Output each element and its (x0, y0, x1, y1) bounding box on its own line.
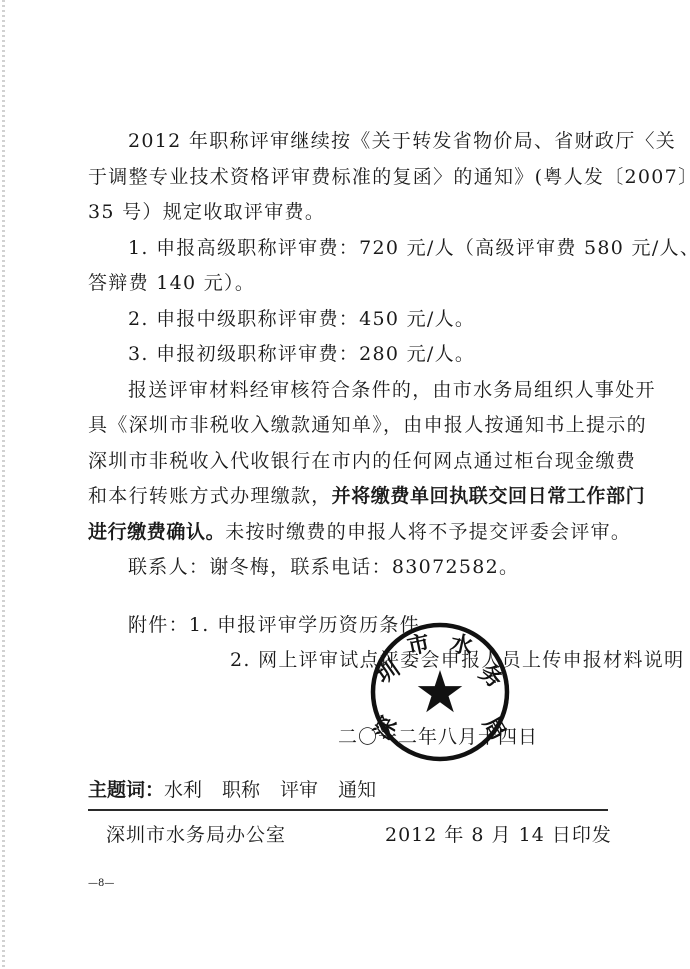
fee-item-intermediate: 2. 申报中级职称评审费：450 元/人。 (88, 302, 608, 338)
seal-char: 局 (477, 713, 510, 745)
scan-edge-artifact (2, 0, 5, 969)
payment-line: 报送评审材料经审核符合条件的，由市水务局组织人事处开 (88, 373, 608, 409)
payment-line: 深圳市非税收入代收银行在市内的任何网点通过柜台现金缴费 (88, 444, 608, 480)
keyword: 评审 (280, 775, 318, 802)
payment-text: 和本行转账方式办理缴款， (88, 485, 332, 507)
fee-item-junior: 3. 申报初级职称评审费：280 元/人。 (88, 337, 608, 373)
official-seal: ★ 深 圳 市 水 务 局 (368, 620, 512, 764)
keyword: 水利 (164, 775, 202, 802)
seal-star-icon: ★ (414, 658, 466, 726)
attachment-item: 2. 网上评审试点评委会申报人员上传申报材料说明 (88, 643, 608, 679)
seal-char: 圳 (372, 656, 404, 689)
payment-emphasis: 进行缴费确认。 (88, 521, 225, 543)
document-body: 2012 年职称评审继续按《关于转发省物价局、省财政厅〈关 于调整专业技术资格评… (88, 124, 608, 679)
payment-emphasis: 并将缴费单回执联交回日常工作部门 (332, 485, 646, 507)
body-line: 35 号）规定收取评审费。 (88, 195, 608, 231)
seal-char: 深 (370, 713, 403, 745)
payment-line: 进行缴费确认。未按时缴费的申报人将不予提交评委会评审。 (88, 515, 608, 551)
seal-char: 市 (405, 631, 432, 660)
seal-char: 水 (448, 631, 475, 660)
footer-divider (88, 809, 608, 811)
attachment-item: 附件：1. 申报评审学历资历条件 (88, 608, 608, 644)
keyword: 职称 (222, 775, 260, 802)
print-date: 2012 年 8 月 14 日印发 (385, 820, 612, 847)
body-line: 于调整专业技术资格评审费标准的复函〉的通知》(粤人发〔2007〕 (88, 160, 608, 196)
issuer: 深圳市水务局办公室 (106, 820, 286, 847)
subject-keywords: 主题词： 水利 职称 评审 通知 (88, 775, 396, 802)
payment-line: 具《深圳市非税收入缴款通知单》，由申报人按通知书上提示的 (88, 408, 608, 444)
keyword: 通知 (338, 775, 376, 802)
payment-text: 未按时缴费的申报人将不予提交评委会评审。 (225, 521, 631, 543)
keywords-label: 主题词： (88, 775, 164, 802)
fee-item-senior-cont: 答辩费 140 元）。 (88, 266, 608, 302)
body-line: 2012 年职称评审继续按《关于转发省物价局、省财政厅〈关 (88, 124, 608, 160)
fee-item-senior: 1. 申报高级职称评审费：720 元/人（高级评审费 580 元/人、 (88, 231, 608, 267)
contact-info: 联系人：谢冬梅，联系电话：83072582。 (88, 550, 608, 586)
payment-line: 和本行转账方式办理缴款，并将缴费单回执联交回日常工作部门 (88, 479, 608, 515)
attachment-label: 附件： (128, 614, 189, 636)
page-number: —8— (88, 878, 114, 889)
